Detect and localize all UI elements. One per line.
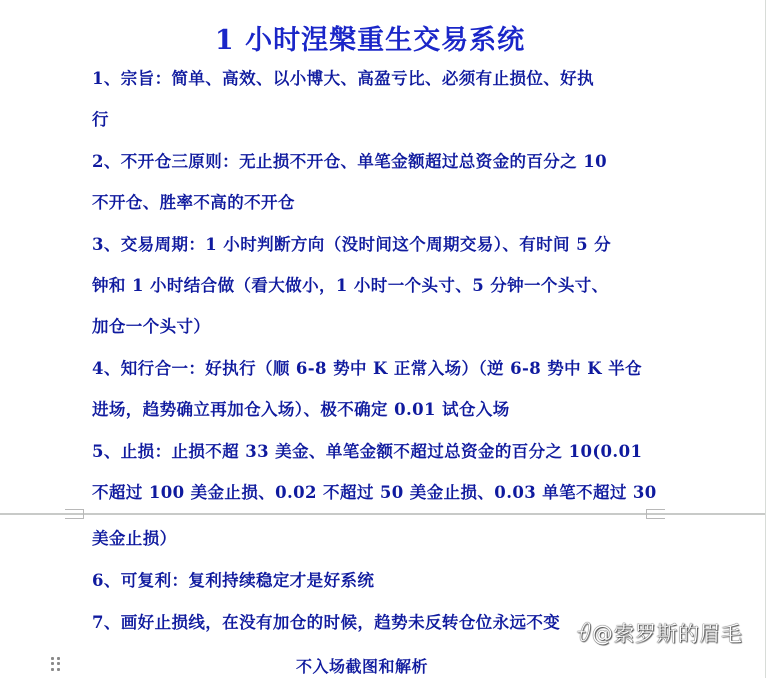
paragraph-line: 2、不开仓三原则：无止损不开仓、单笔金额超过总资金的百分之 10 — [92, 141, 652, 182]
paragraph-3: 3、交易周期：1 小时判断方向（没时间这个周期交易）、有时间 5 分 钟和 1 … — [92, 224, 652, 347]
watermark: ꌡ@索罗斯的眉毛 — [573, 618, 742, 648]
watermark-logo-icon: ꌡ — [573, 622, 590, 646]
paragraph-line: 不超过 100 美金止损、0.02 不超过 50 美金止损、0.03 单笔不超过… — [92, 472, 652, 513]
paragraph-5-continued: 美金止损） — [92, 518, 652, 559]
drag-handle-icon[interactable] — [51, 657, 61, 671]
paragraph-line: 3、交易周期：1 小时判断方向（没时间这个周期交易）、有时间 5 分 — [92, 224, 652, 265]
paragraph-line: 美金止损） — [92, 518, 652, 559]
paragraph-line: 加仓一个头寸） — [92, 306, 652, 347]
paragraph-line: 6、可复利：复利持续稳定才是好系统 — [92, 560, 652, 601]
paragraph-line: 7、画好止损线，在没有加仓的时候，趋势未反转仓位永远不变 — [92, 602, 652, 643]
paragraph-4: 4、知行合一：好执行（顺 6-8 势中 K 正常入场）（逆 6-8 势中 K 半… — [92, 348, 652, 430]
paragraph-line: 4、知行合一：好执行（顺 6-8 势中 K 正常入场）（逆 6-8 势中 K 半… — [92, 348, 652, 389]
paragraph-line: 5、止损：止损不超 33 美金、单笔金额不超过总资金的百分之 10(0.01 — [92, 431, 652, 472]
page-corner-mark-left — [65, 509, 84, 519]
paragraph-line: 行 — [92, 99, 652, 140]
paragraph-5: 5、止损：止损不超 33 美金、单笔金额不超过总资金的百分之 10(0.01 不… — [92, 431, 652, 513]
paragraph-2: 2、不开仓三原则：无止损不开仓、单笔金额超过总资金的百分之 10 不开仓、胜率不… — [92, 141, 652, 223]
paragraph-6: 6、可复利：复利持续稳定才是好系统 — [92, 560, 652, 601]
paragraph-line: 钟和 1 小时结合做（看大做小，1 小时一个头寸、5 分钟一个头寸、 — [92, 265, 652, 306]
paragraph-line: 不开仓、胜率不高的不开仓 — [92, 182, 652, 223]
image-caption: 不入场截图和解析 — [296, 654, 428, 677]
paragraph-1: 1、宗旨：简单、高效、以小博大、高盈亏比、必须有止损位、好执 行 — [92, 58, 652, 140]
paragraph-7: 7、画好止损线，在没有加仓的时候，趋势未反转仓位永远不变 — [92, 602, 652, 643]
paragraph-line: 1、宗旨：简单、高效、以小博大、高盈亏比、必须有止损位、好执 — [92, 58, 652, 99]
paragraph-line: 进场，趋势确立再加仓入场）、极不确定 0.01 试仓入场 — [92, 389, 652, 430]
page-edge — [765, 0, 766, 678]
watermark-text: @索罗斯的眉毛 — [592, 622, 743, 646]
document-title: 1 小时涅槃重生交易系统 — [0, 18, 740, 57]
